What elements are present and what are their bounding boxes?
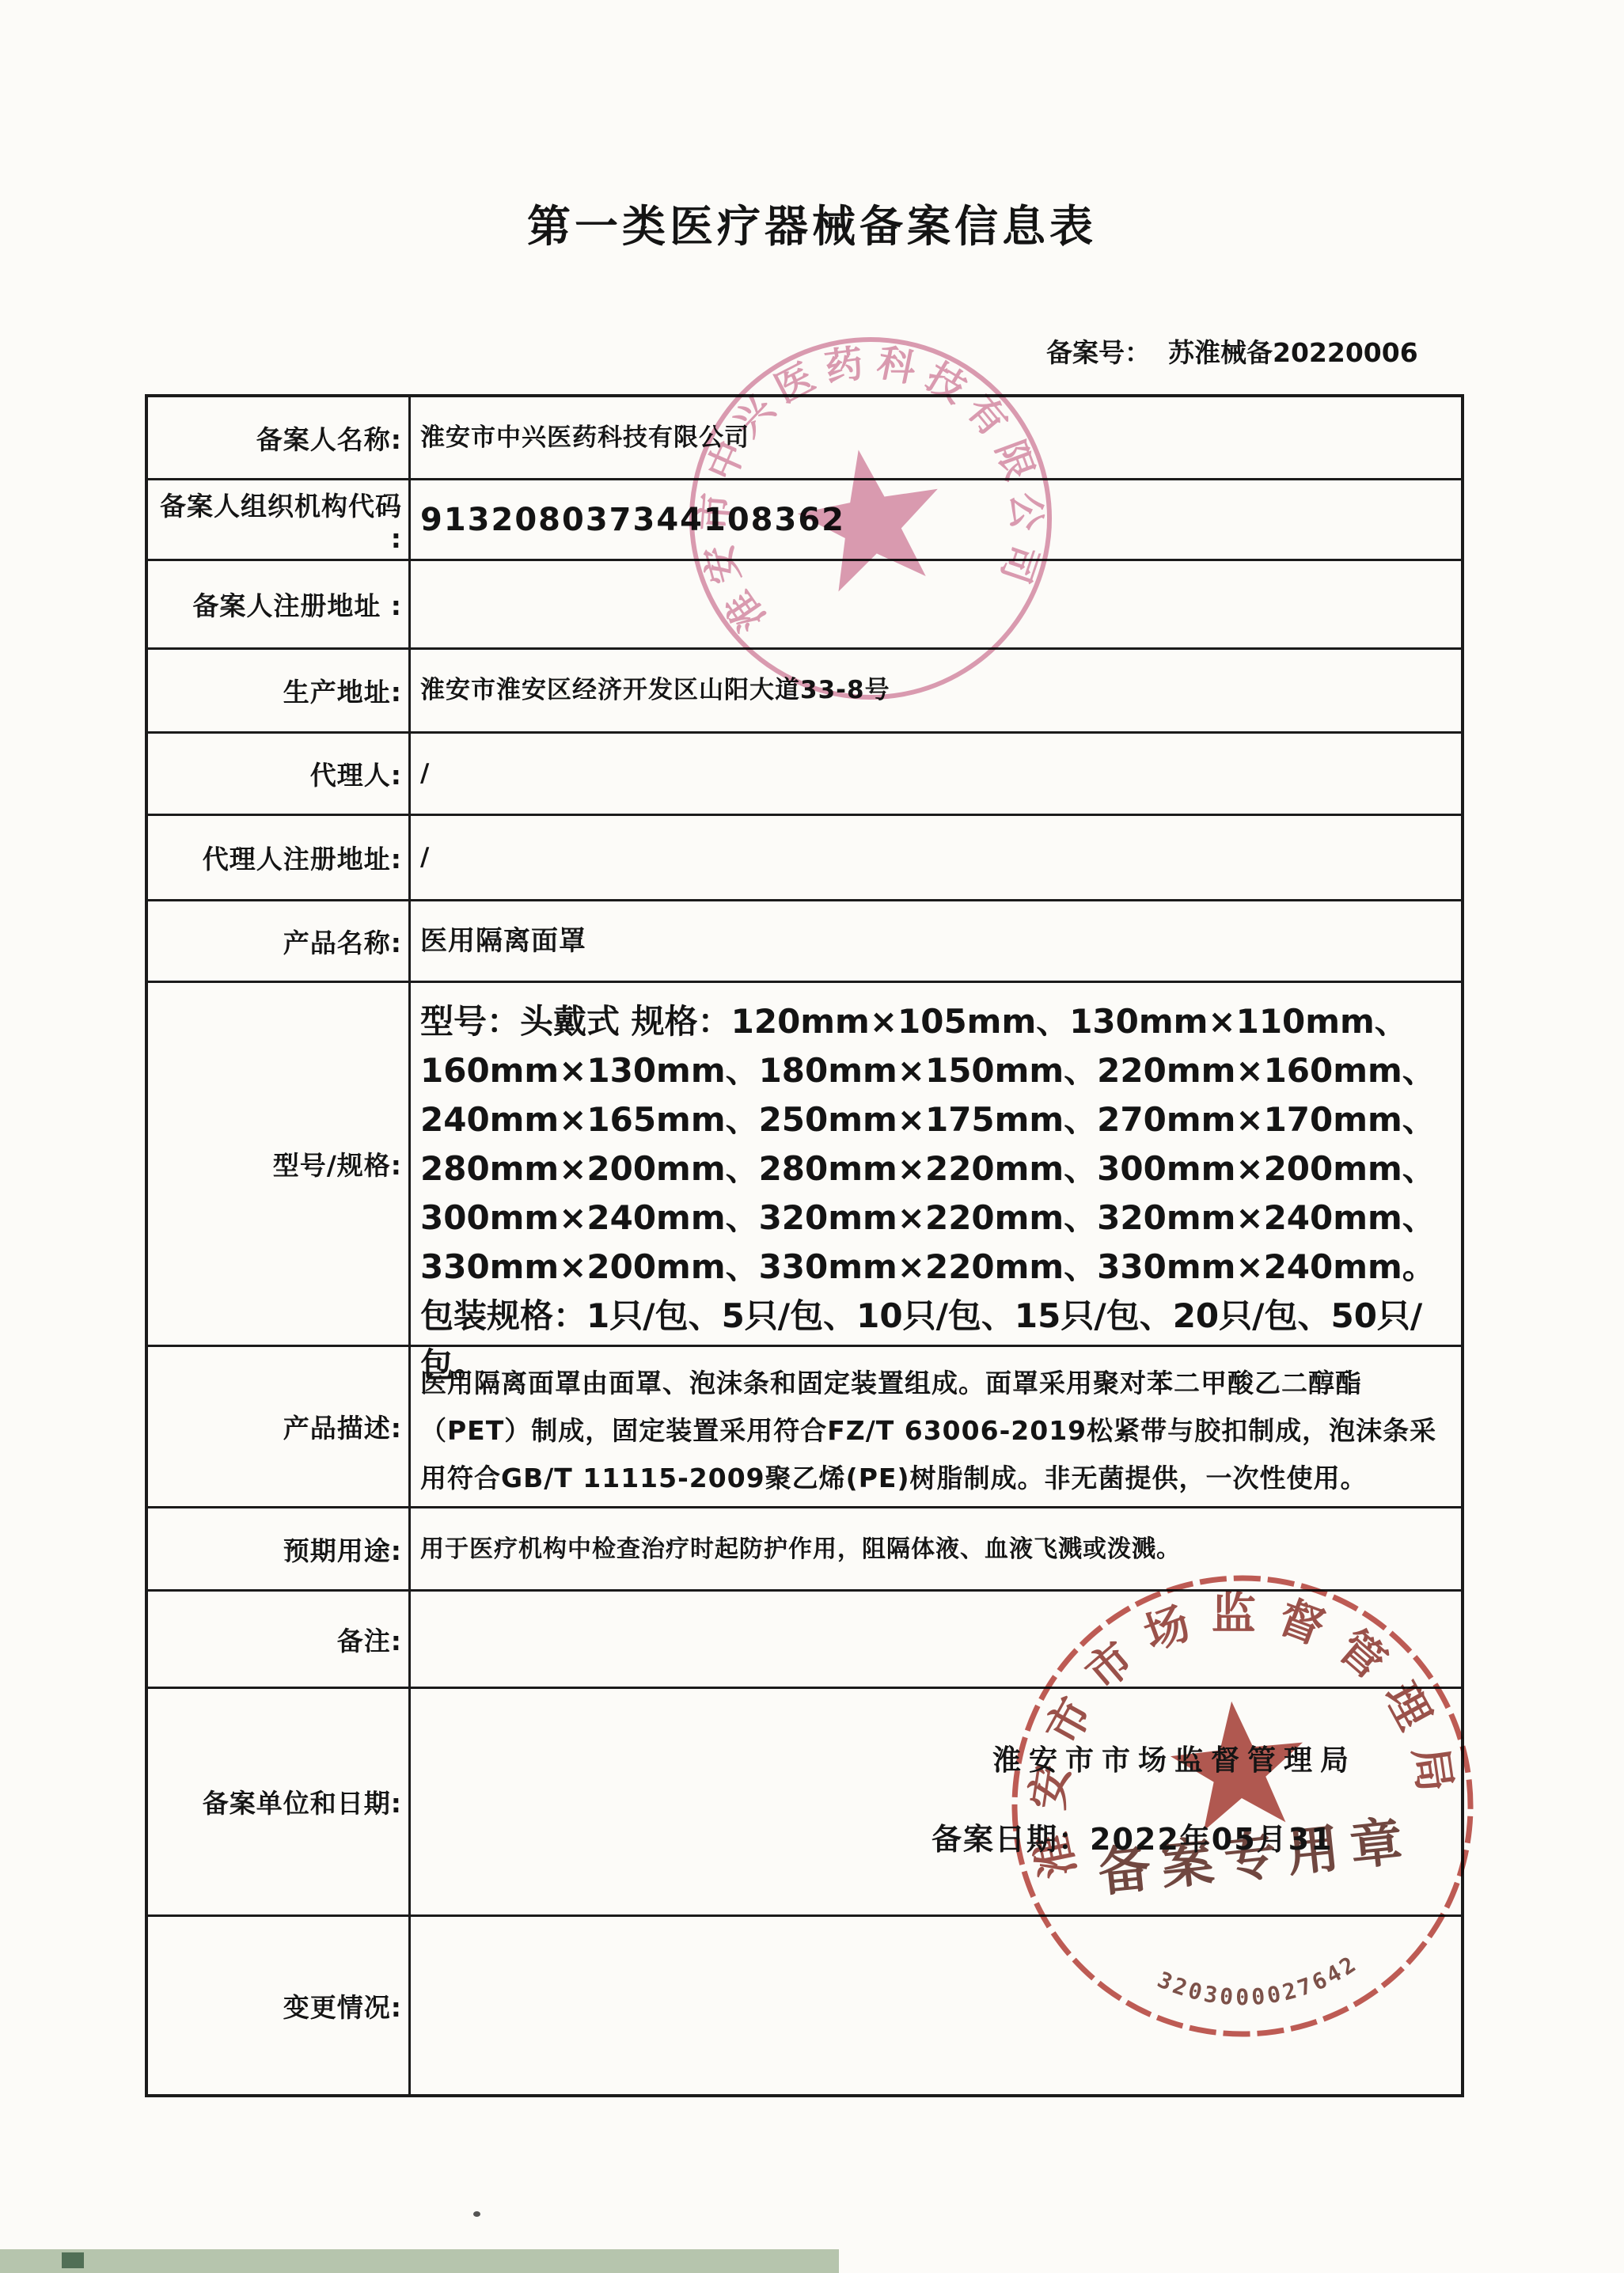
table-row: 备案人组织机构代码 : 913208037344108362 <box>148 480 1461 561</box>
record-number-value: 苏淮械备20220006 <box>1168 337 1418 368</box>
table-row: 型号/规格: 型号：头戴式 规格：120mm×105mm、130mm×110mm… <box>148 983 1461 1347</box>
record-number-line: 备案号：苏淮械备20220006 <box>1046 332 1418 370</box>
registration-date-line: 备案日期：2022年05月31 <box>932 1817 1334 1862</box>
row-label-intended-use: 预期用途: <box>148 1508 411 1589</box>
row-label-model-spec: 型号/规格: <box>148 983 411 1345</box>
document-title: 第一类医疗器械备案信息表 <box>0 192 1624 254</box>
row-label-agent: 代理人: <box>148 734 411 814</box>
row-value-org-code: 913208037344108362 <box>411 480 1461 559</box>
row-label-production-address: 生产地址: <box>148 650 411 731</box>
row-label-change-status: 变更情况: <box>148 1917 411 2094</box>
row-value-filer-name: 淮安市中兴医药科技有限公司 <box>411 397 1461 478</box>
table-row: 预期用途: 用于医疗机构中检查治疗时起防护作用，阻隔体液、血液飞溅或泼溅。 <box>148 1508 1461 1592</box>
row-value-remarks <box>411 1592 1461 1687</box>
registration-table: 备案人名称: 淮安市中兴医药科技有限公司 备案人组织机构代码 : 9132080… <box>145 394 1464 2097</box>
record-number-label: 备案号： <box>1046 337 1151 368</box>
table-row: 生产地址: 淮安市淮安区经济开发区山阳大道33-8号 <box>148 650 1461 734</box>
table-row: 备案单位和日期: 淮安市市场监督管理局 备案日期：2022年05月31 <box>148 1689 1461 1917</box>
row-value-filer-address <box>411 561 1461 647</box>
registration-date-value: 2022年05月31 <box>1090 1822 1334 1857</box>
row-label-remarks: 备注: <box>148 1592 411 1687</box>
row-label-registration-unit-date: 备案单位和日期: <box>148 1689 411 1914</box>
row-label-filer-name: 备案人名称: <box>148 397 411 478</box>
table-row: 备案人名称: 淮安市中兴医药科技有限公司 <box>148 397 1461 480</box>
row-value-agent: / <box>411 734 1461 814</box>
table-row: 备注: <box>148 1592 1461 1689</box>
row-value-registration-unit-date: 淮安市市场监督管理局 备案日期：2022年05月31 <box>411 1689 1461 1914</box>
scan-artifact-strip <box>0 2249 839 2273</box>
row-label-product-name: 产品名称: <box>148 901 411 981</box>
row-value-intended-use: 用于医疗机构中检查治疗时起防护作用，阻隔体液、血液飞溅或泼溅。 <box>411 1508 1461 1589</box>
table-row: 产品名称: 医用隔离面罩 <box>148 901 1461 983</box>
row-label-product-description: 产品描述: <box>148 1347 411 1506</box>
scan-artifact-chip <box>62 2252 84 2268</box>
scanned-document-page: 第一类医疗器械备案信息表 备案号：苏淮械备20220006 备案人名称: 淮安市… <box>0 0 1624 2273</box>
row-label-filer-address: 备案人注册地址 : <box>148 561 411 647</box>
row-label-agent-address: 代理人注册地址: <box>148 816 411 899</box>
row-value-change-status <box>411 1917 1461 2094</box>
table-row: 产品描述: 医用隔离面罩由面罩、泡沫条和固定装置组成。面罩采用聚对苯二甲酸乙二醇… <box>148 1347 1461 1508</box>
scan-artifact-dot <box>473 2211 480 2217</box>
table-row: 代理人注册地址: / <box>148 816 1461 901</box>
row-value-model-spec: 型号：头戴式 规格：120mm×105mm、130mm×110mm、160mm×… <box>411 983 1461 1345</box>
registration-date-label: 备案日期： <box>932 1822 1090 1857</box>
table-row: 代理人: / <box>148 734 1461 816</box>
row-label-org-code: 备案人组织机构代码 : <box>148 480 411 559</box>
registration-unit-text: 淮安市市场监督管理局 <box>992 1740 1356 1782</box>
row-value-production-address: 淮安市淮安区经济开发区山阳大道33-8号 <box>411 650 1461 731</box>
row-value-agent-address: / <box>411 816 1461 899</box>
table-row: 变更情况: <box>148 1917 1461 2094</box>
table-row: 备案人注册地址 : <box>148 561 1461 650</box>
row-value-product-description: 医用隔离面罩由面罩、泡沫条和固定装置组成。面罩采用聚对苯二甲酸乙二醇酯（PET）… <box>411 1347 1461 1506</box>
row-value-product-name: 医用隔离面罩 <box>411 901 1461 981</box>
